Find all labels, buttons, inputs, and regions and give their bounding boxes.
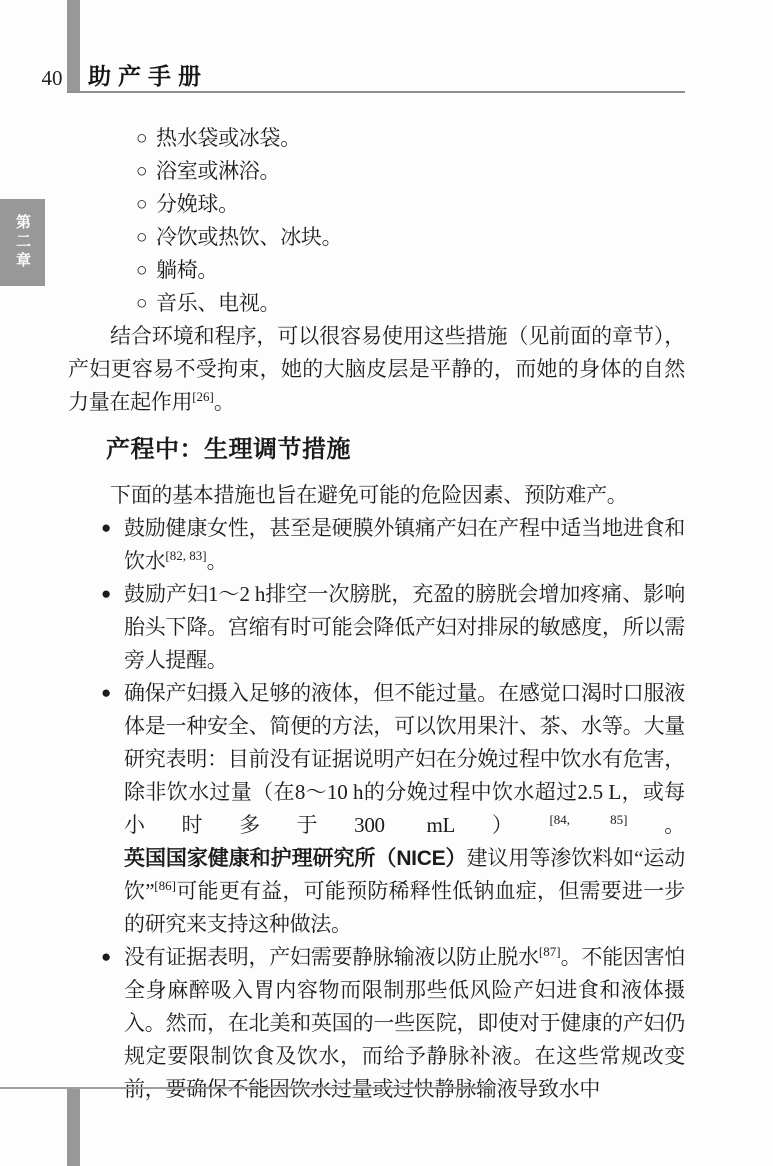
chapter-tab-label: 第二章 <box>15 214 30 271</box>
text-run: 没有证据表明，产妇需要静脉输液以防止脱水 <box>124 945 539 969</box>
list-item: ○音乐、电视。 <box>68 287 685 320</box>
reference-superscript: [87] <box>539 944 561 959</box>
reference-superscript: [86] <box>154 878 176 893</box>
bullet-marker: ● <box>101 511 111 544</box>
list-item-text: 音乐、电视。 <box>156 291 280 315</box>
list-item: ○热水袋或冰袋。 <box>68 122 685 155</box>
list-item-text: 热水袋或冰袋。 <box>156 126 301 150</box>
bullet-marker: ● <box>101 676 111 709</box>
text-run: 鼓励产妇1～2 h排空一次膀胱，充盈的膀胱会增加疼痛、影响胎头下降。宫缩有时可能… <box>124 582 685 672</box>
header-rule <box>67 91 685 93</box>
top-decor-bar <box>67 0 80 93</box>
text-run: 。 <box>207 549 228 573</box>
bold-text-run: 英国国家健康和护理研究所（NICE） <box>124 847 466 870</box>
chapter-tab: 第二章 <box>0 199 45 286</box>
book-title: 助产手册 <box>88 58 208 91</box>
bottom-decor-bar <box>67 1089 80 1166</box>
list-item: ○躺椅。 <box>68 254 685 287</box>
bullet-item: ●没有证据表明，产妇需要静脉输液以防止脱水[87]。不能因害怕全身麻醉吸入胃内容… <box>68 941 685 1106</box>
page-number: 40 <box>38 66 66 91</box>
text-run: 。 <box>214 390 235 414</box>
list-item-text: 浴室或淋浴。 <box>156 159 280 183</box>
bullet-list: ●鼓励健康女性，甚至是硬膜外镇痛产妇在产程中适当地进食和饮水[82, 83]。●… <box>68 512 685 1106</box>
list-item-text: 冷饮或热饮、冰块。 <box>156 225 342 249</box>
intro-paragraph: 结合环境和程序，可以很容易使用这些措施（见前面的章节），产妇更容易不受拘束，她的… <box>68 320 685 419</box>
reference-superscript: [82, 83] <box>165 548 206 563</box>
list-item-text: 躺椅。 <box>156 258 218 282</box>
reference-superscript: [84, 85] <box>549 812 627 827</box>
circle-marker: ○ <box>136 287 147 320</box>
page-content: ○热水袋或冰袋。○浴室或淋浴。○分娩球。○冷饮或热饮、冰块。○躺椅。○音乐、电视… <box>68 122 685 1106</box>
bullet-item: ●鼓励健康女性，甚至是硬膜外镇痛产妇在产程中适当地进食和饮水[82, 83]。 <box>68 512 685 578</box>
bullet-marker: ● <box>101 577 111 610</box>
list-item: ○冷饮或热饮、冰块。 <box>68 221 685 254</box>
circle-marker: ○ <box>136 254 147 287</box>
text-run: 可能更有益，可能预防稀释性低钠血症，但需要进一步的研究来支持这种做法。 <box>124 879 685 936</box>
bullet-item: ●确保产妇摄入足够的液体，但不能过量。在感觉口渴时口服液体是一种安全、简便的方法… <box>68 677 685 941</box>
circle-marker: ○ <box>136 155 147 188</box>
text-run: 。 <box>627 813 685 837</box>
book-page: 40 助产手册 第二章 ○热水袋或冰袋。○浴室或淋浴。○分娩球。○冷饮或热饮、冰… <box>0 0 773 1166</box>
reference-superscript: [26] <box>192 389 214 404</box>
text-run: 结合环境和程序，可以很容易使用这些措施（见前面的章节），产妇更容易不受拘束，她的… <box>68 324 685 414</box>
circle-marker: ○ <box>136 221 147 254</box>
section-intro: 下面的基本措施也旨在避免可能的危险因素、预防难产。 <box>68 479 685 512</box>
list-item: ○浴室或淋浴。 <box>68 155 685 188</box>
bullet-marker: ● <box>101 940 111 973</box>
section-heading: 产程中：生理调节措施 <box>106 435 685 465</box>
equipment-list: ○热水袋或冰袋。○浴室或淋浴。○分娩球。○冷饮或热饮、冰块。○躺椅。○音乐、电视… <box>68 122 685 320</box>
circle-marker: ○ <box>136 122 147 155</box>
bullet-item: ●鼓励产妇1～2 h排空一次膀胱，充盈的膀胱会增加疼痛、影响胎头下降。宫缩有时可… <box>68 578 685 677</box>
circle-marker: ○ <box>136 188 147 221</box>
list-item-text: 分娩球。 <box>156 192 239 216</box>
list-item: ○分娩球。 <box>68 188 685 221</box>
